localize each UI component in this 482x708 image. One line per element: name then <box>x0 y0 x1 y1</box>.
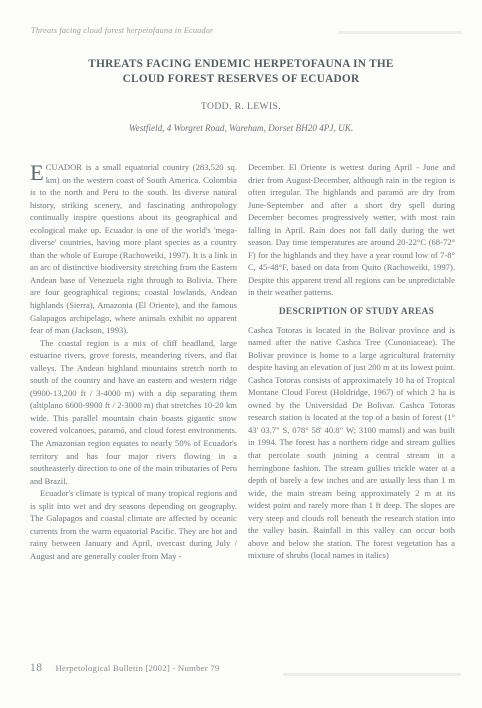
paragraph-study-area: Cashca Totoras is located in the Bolivar… <box>248 324 455 562</box>
author-affiliation: Westfield, 4 Worgret Road, Wareham, Dors… <box>0 123 482 133</box>
article-body: ECUADOR is a small equatorial country (2… <box>30 161 455 563</box>
article-title: THREATS FACING ENDEMIC HERPETOFAUNA IN T… <box>0 57 482 86</box>
paragraph-climate-continued: December. El Oriente is wettest during A… <box>248 161 455 299</box>
page-number: 18 <box>30 662 43 674</box>
article-title-line-1: THREATS FACING ENDEMIC HERPETOFAUNA IN T… <box>0 57 482 72</box>
article-title-line-2: CLOUD FOREST RESERVES OF ECUADOR <box>0 72 482 87</box>
scanned-journal-page: Threats facing cloud forest herpetofauna… <box>0 0 482 708</box>
drop-cap: E <box>30 161 46 182</box>
paragraph-intro-text: CUADOR is a small equatorial country (28… <box>30 162 237 335</box>
paragraph-geography: The coastal region is a mix of cliff hea… <box>30 337 237 488</box>
author-name: TODD. R. LEWIS. <box>0 101 482 112</box>
section-heading-study-areas: DESCRIPTION OF STUDY AREAS <box>248 306 455 319</box>
scan-artifact <box>283 673 461 676</box>
scan-artifact <box>338 31 462 34</box>
paragraph-climate: Ecuador's climate is typical of many tro… <box>30 487 237 562</box>
running-header: Threats facing cloud forest herpetofauna… <box>31 26 213 35</box>
paragraph-intro: ECUADOR is a small equatorial country (2… <box>30 161 237 337</box>
right-column: December. El Oriente is wettest during A… <box>248 161 455 563</box>
left-column: ECUADOR is a small equatorial country (2… <box>30 161 237 563</box>
journal-citation: Herpetological Bulletin [2002] - Number … <box>56 663 220 673</box>
